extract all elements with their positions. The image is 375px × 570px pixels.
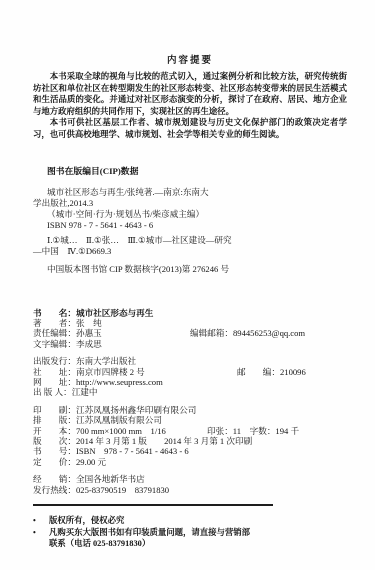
notes-section: • 版权所有，侵权必究 • 凡购买东大版图书如有印装质量问题，请直接与营销部 联…: [33, 515, 347, 550]
field-value: 张 纯: [76, 318, 102, 328]
abstract-paragraph-1: 本书采取全球的视角与比较的范式切入，通过案例分析和比较方法，研究传统街坊社区和单…: [33, 71, 347, 117]
quality-note: • 凡购买东大版图书如有印装质量问题，请直接与营销部 联系（电话 025-837…: [33, 527, 347, 550]
cip-series-line: （城市·空间·行为·规划丛书/柴彦威主编）: [33, 209, 347, 220]
field-label: 邮 编：: [237, 367, 280, 377]
divider-rule: [33, 504, 273, 506]
colophon-row-title: 书 名：城市社区形态与再生: [33, 308, 347, 318]
colophon-row-editor: 责任编辑：孙惠玉 编辑邮箱：894456253@qq.com: [33, 328, 347, 338]
field-value: 全国各地新华书店: [76, 474, 145, 484]
colophon-group-book: 书 名：城市社区形态与再生 著 者：张 纯 责任编辑：孙惠玉 编辑邮箱：8944…: [33, 308, 347, 350]
colophon-group-publisher: 出版发行：东南大学出版社 社 址：南京市四牌楼 2 号 邮 编：210096 网…: [33, 356, 347, 398]
colophon-row-address: 社 址：南京市四牌楼 2 号 邮 编：210096: [33, 367, 347, 377]
field-label: 发行热线：: [33, 485, 76, 495]
field-value: ISBN 978 - 7 - 5641 - 4643 - 6: [76, 446, 189, 456]
colophon-row-edition: 版 次：2014 年 3 月第 1 版 2014 年 3 月第 1 次印刷: [33, 436, 347, 446]
field-label: 印张：11 字数：194 千: [207, 426, 299, 436]
field-label: 版 次：: [33, 436, 76, 446]
field-label: 经 销：: [33, 474, 76, 484]
field-pair-email: 编辑邮箱：894456253@qq.com: [190, 328, 305, 338]
colophon-row-isbn: 书 号：ISBN 978 - 7 - 5641 - 4643 - 6: [33, 446, 347, 456]
website-url: http://www.seupress.com: [76, 377, 163, 387]
field-value: 210096: [280, 367, 306, 377]
colophon-row-typesetter: 排 版：江苏凤凰制版有限公司: [33, 415, 347, 425]
field-pair-zipcode: 邮 编：210096: [237, 367, 306, 377]
quality-note-line-1: 凡购买东大版图书如有印装质量问题，请直接与营销部: [49, 527, 250, 539]
field-label: 出版发行：: [33, 356, 76, 366]
field-value: 东南大学出版社: [76, 356, 136, 366]
field-label: 著 者：: [33, 318, 76, 328]
copyright-note-text: 版权所有，侵权必究: [49, 515, 124, 527]
abstract-section: 内容提要 本书采取全球的视角与比较的范式切入，通过案例分析和比较方法，研究传统街…: [33, 0, 347, 141]
colophon-row-hotline: 发行热线：025-83790519 83791830: [33, 485, 347, 495]
field-value: 29.00 元: [76, 457, 106, 467]
field-label: 印 刷：: [33, 405, 76, 415]
cip-class-line-1: Ⅰ.①城… Ⅱ.①张… Ⅲ.①城市—社区建设—研究: [33, 235, 347, 246]
field-value: 894456253@qq.com: [233, 328, 305, 338]
field-label: 定 价：: [33, 457, 76, 467]
bullet-icon: •: [33, 515, 49, 527]
colophon-group-distribution: 经 销：全国各地新华书店 发行热线：025-83790519 83791830: [33, 474, 347, 495]
quality-note-line-2: 联系（电话 025-83791830）: [49, 538, 250, 550]
abstract-paragraph-2: 本书可供社区基层工作者、城市规划建设与历史文化保护部门的政策决定者学习，也可供高…: [33, 117, 347, 140]
cip-title-line-2: 学出版社,2014.3: [33, 198, 347, 209]
field-value: 孙惠玉: [76, 328, 102, 338]
cip-class-line-2: —中国 Ⅳ.①D669.3: [33, 246, 347, 257]
bullet-icon: •: [33, 527, 49, 550]
field-value: 城市社区形态与再生: [76, 308, 153, 318]
field-value: 南京市四牌楼 2 号: [76, 367, 145, 377]
field-label: 责任编辑：: [33, 328, 76, 338]
field-value: 2014 年 3 月第 1 版 2014 年 3 月第 1 次印刷: [76, 436, 252, 446]
abstract-title: 内容提要: [33, 0, 347, 66]
cip-section: 图书在版编目(CIP)数据 城市社区形态与再生/张纯著.—南京:东南大 学出版社…: [33, 166, 347, 275]
field-label: 开 本：: [33, 426, 76, 436]
colophon-row-price: 定 价：29.00 元: [33, 457, 347, 467]
colophon-section: 书 名：城市社区形态与再生 著 者：张 纯 责任编辑：孙惠玉 编辑邮箱：8944…: [33, 308, 347, 496]
field-pair-sheets: 印张：11 字数：194 千: [207, 426, 299, 436]
field-label: 编辑邮箱：: [190, 328, 233, 338]
colophon-row-format: 开 本：700 mm×1000 mm 1/16 印张：11 字数：194 千: [33, 426, 347, 436]
quality-note-text: 凡购买东大版图书如有印装质量问题，请直接与营销部 联系（电话 025-83791…: [49, 527, 250, 550]
copyright-note: • 版权所有，侵权必究: [33, 515, 347, 527]
colophon-row-distributor: 经 销：全国各地新华书店: [33, 474, 347, 484]
field-value: 江苏凤凰制版有限公司: [76, 415, 162, 425]
cip-isbn-line: ISBN 978 - 7 - 5641 - 4643 - 6: [33, 220, 347, 231]
field-label: 书 名：: [33, 308, 76, 318]
field-label: 网 址：: [33, 377, 76, 387]
field-value: 江建中: [72, 387, 98, 397]
colophon-row-author: 著 者：张 纯: [33, 318, 347, 328]
field-label: 出 版 人：: [33, 387, 72, 397]
colophon-row-printer: 印 刷：江苏凤凰扬州鑫华印刷有限公司: [33, 405, 347, 415]
cip-record-line: 中国版本图书馆 CIP 数据核字(2013)第 276246 号: [33, 264, 347, 275]
colophon-row-website: 网 址：http://www.seupress.com: [33, 377, 347, 387]
colophon-group-printing: 印 刷：江苏凤凰扬州鑫华印刷有限公司 排 版：江苏凤凰制版有限公司 开 本：70…: [33, 405, 347, 467]
field-label: 书 号：: [33, 446, 76, 456]
cip-title-line-1: 城市社区形态与再生/张纯著.—南京:东南大: [33, 187, 347, 198]
colophon-row-text-editor: 文字编辑：李成思: [33, 339, 347, 349]
field-label: 排 版：: [33, 415, 76, 425]
colophon-row-publisher-person: 出 版 人：江建中: [33, 387, 347, 397]
colophon-row-publisher: 出版发行：东南大学出版社: [33, 356, 347, 366]
page-content: 内容提要 本书采取全球的视角与比较的范式切入，通过案例分析和比较方法，研究传统街…: [33, 0, 347, 550]
field-label: 社 址：: [33, 367, 76, 377]
field-label: 文字编辑：: [33, 339, 76, 349]
field-value: 李成思: [76, 339, 102, 349]
field-value: 江苏凤凰扬州鑫华印刷有限公司: [76, 405, 196, 415]
field-value: 025-83790519 83791830: [76, 485, 169, 495]
cip-header: 图书在版编目(CIP)数据: [33, 166, 347, 177]
field-value: 700 mm×1000 mm 1/16: [76, 426, 166, 436]
book-copyright-page: 内容提要 本书采取全球的视角与比较的范式切入，通过案例分析和比较方法，研究传统街…: [0, 0, 375, 570]
